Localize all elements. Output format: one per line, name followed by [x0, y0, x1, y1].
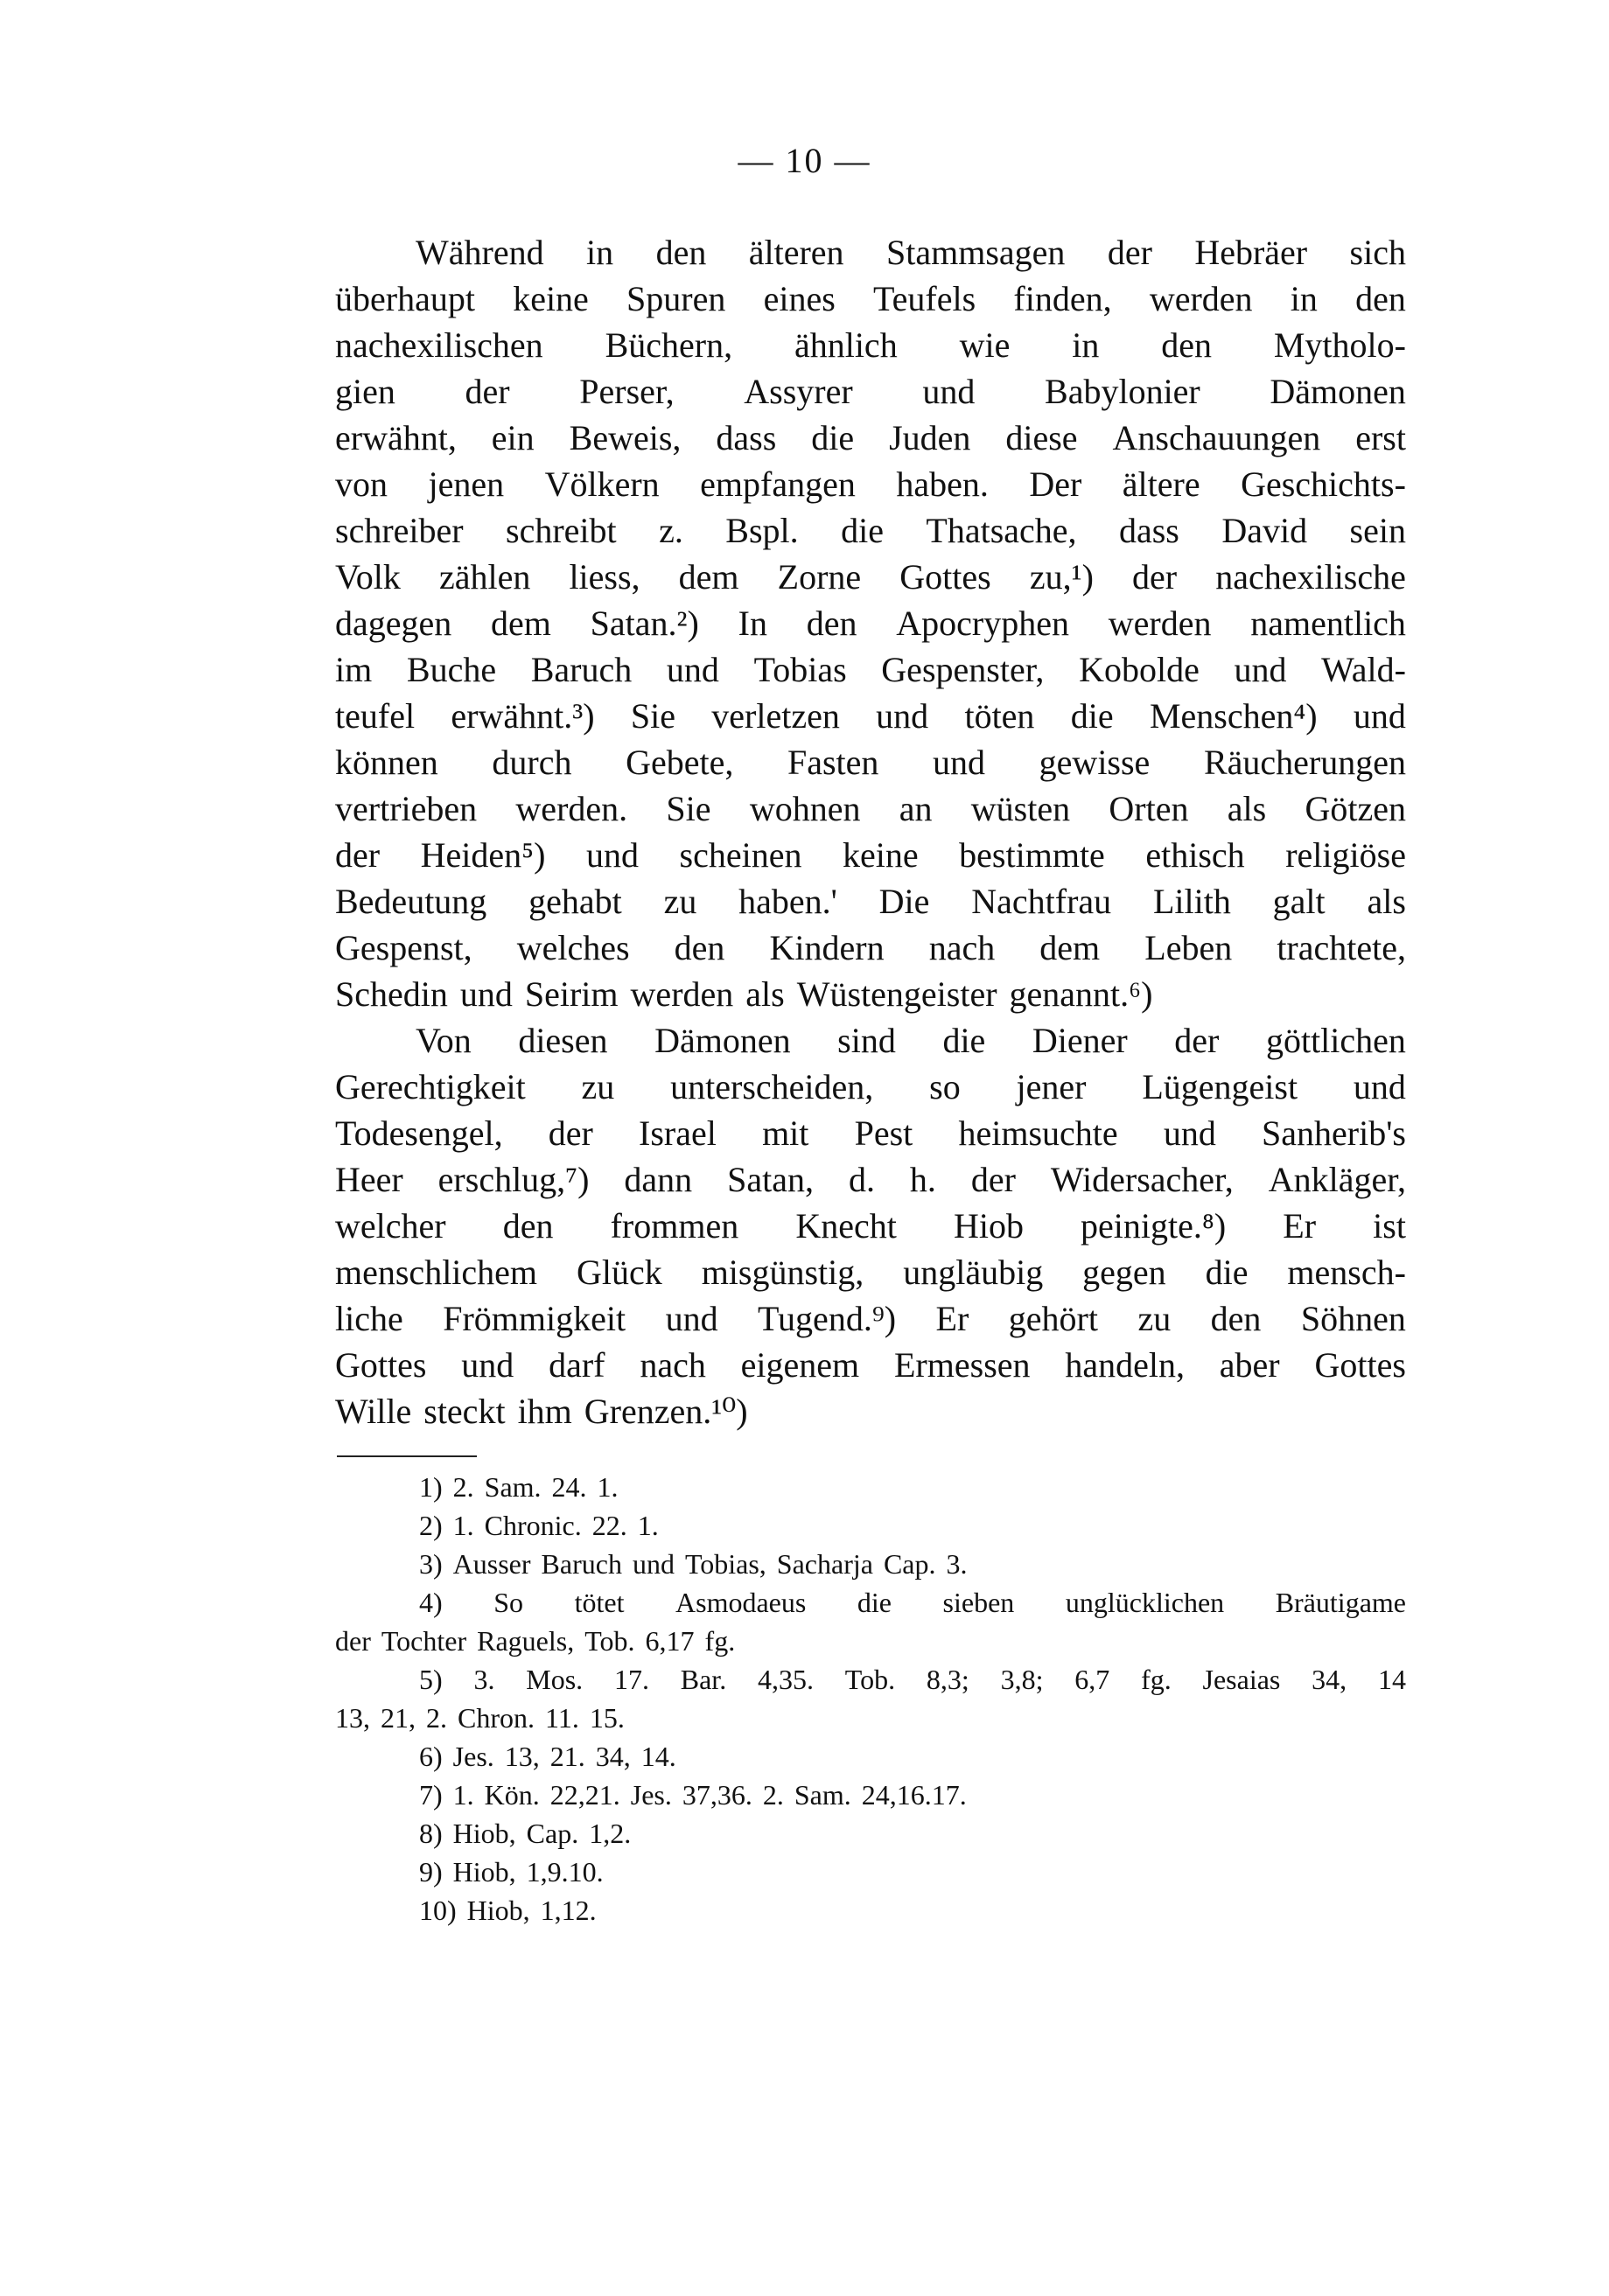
- word: in: [1291, 276, 1318, 322]
- footnote-word: 24.: [552, 1468, 587, 1506]
- word: und: [1235, 646, 1287, 693]
- footnote-word: sieben: [943, 1583, 1015, 1622]
- footnote-word: 2.: [426, 1699, 447, 1737]
- word: Kobolde: [1079, 646, 1200, 693]
- body-line: vonjenenVölkernempfangenhaben.DerältereG…: [335, 461, 1406, 507]
- footnote-word: 1,12.: [541, 1891, 597, 1930]
- body-line: Todesengel,derIsraelmitPestheimsuchteund…: [335, 1110, 1406, 1156]
- footnote-word: Bar.: [681, 1660, 726, 1699]
- word: Apocryphen: [896, 600, 1069, 646]
- word: der: [971, 1156, 1016, 1203]
- footnote-word: Asmodaeus: [675, 1583, 806, 1622]
- word: Juden: [889, 415, 970, 461]
- word: Volk: [335, 554, 401, 600]
- footnote-word: Sam.: [485, 1468, 542, 1506]
- footnote-marker: 4): [419, 1583, 443, 1622]
- footnote-item: 6)Jes.13,21.34,14.: [335, 1737, 1406, 1776]
- word: Schedin: [335, 971, 448, 1017]
- footnote-word: Cap.: [527, 1814, 579, 1853]
- footnote-word: 11.: [545, 1699, 579, 1737]
- word: empfangen: [700, 461, 856, 507]
- word: wüsten: [971, 785, 1070, 832]
- footnote-word: 13,: [335, 1699, 370, 1737]
- word: Dämonen: [1270, 368, 1406, 415]
- word: nach: [640, 1342, 706, 1388]
- word: gien: [335, 368, 395, 415]
- word: genannt.⁶): [1010, 971, 1153, 1017]
- word: haben.': [738, 878, 837, 925]
- footnote-separator-rule: [337, 1455, 477, 1457]
- word: Gottes: [335, 1342, 426, 1388]
- word: Bedeutung: [335, 878, 486, 925]
- word: Wald-: [1321, 646, 1406, 693]
- word: Gebete,: [626, 739, 733, 785]
- footnote-word: Jesaias: [1203, 1660, 1281, 1699]
- footnote-word: Sacharja: [777, 1545, 873, 1583]
- footnote-word: fg.: [1141, 1660, 1172, 1699]
- word: im: [335, 646, 372, 693]
- word: Ankläger,: [1269, 1156, 1406, 1203]
- body-line: könnendurchGebete,FastenundgewisseRäuche…: [335, 739, 1406, 785]
- word: und: [586, 832, 639, 878]
- word: nach: [929, 925, 996, 971]
- word: von: [335, 461, 388, 507]
- word: Gottes: [899, 554, 990, 600]
- footnote-word: Bräutigame: [1276, 1583, 1406, 1622]
- word: nachexilischen: [335, 322, 543, 368]
- word: Beweis,: [570, 415, 682, 461]
- word: und: [1164, 1110, 1216, 1156]
- footnote-word: 34,: [1312, 1660, 1347, 1699]
- word: Er: [1283, 1203, 1316, 1249]
- word: schreibt: [506, 507, 617, 554]
- word: misgünstig,: [702, 1249, 864, 1295]
- word: Babylonier: [1045, 368, 1200, 415]
- word: Söhnen: [1301, 1295, 1406, 1342]
- word: Von: [416, 1017, 472, 1064]
- word: Sie: [666, 785, 710, 832]
- word: den: [503, 1203, 554, 1249]
- word: jenen: [428, 461, 504, 507]
- word: wie: [960, 322, 1011, 368]
- word: Wüstengeister: [797, 971, 997, 1017]
- word: erwähnt,: [335, 415, 457, 461]
- word: Gottes: [1314, 1342, 1405, 1388]
- word: galt: [1273, 878, 1326, 925]
- word: aber: [1220, 1342, 1280, 1388]
- word: jener: [1017, 1064, 1087, 1110]
- word: scheinen: [680, 832, 802, 878]
- footnote-word: und: [633, 1545, 675, 1583]
- word: ältere: [1123, 461, 1200, 507]
- footnote-word: So: [493, 1583, 523, 1622]
- word: Sie: [631, 693, 675, 739]
- word: Perser,: [579, 368, 674, 415]
- word: religiöse: [1285, 832, 1406, 878]
- word: Thatsache,: [926, 507, 1076, 554]
- footnote-marker: 9): [419, 1853, 443, 1891]
- footnote-word: Raguels,: [477, 1622, 574, 1660]
- body-line: vertriebenwerden.SiewohnenanwüstenOrtena…: [335, 785, 1406, 832]
- word: älteren: [749, 229, 844, 276]
- word: die: [1071, 693, 1114, 739]
- body-line: welcherdenfrommenKnechtHiobpeinigte.⁸)Er…: [335, 1203, 1406, 1249]
- body-line: WillestecktihmGrenzen.¹⁰): [335, 1388, 1406, 1434]
- word: peinigte.⁸): [1081, 1203, 1226, 1249]
- body-line: derHeiden⁵)undscheinenkeinebestimmteethi…: [335, 832, 1406, 878]
- word: der: [549, 1110, 593, 1156]
- footnote-word: 21,: [381, 1699, 416, 1737]
- footnote-item: 4)SotötetAsmodaeusdiesiebenunglücklichen…: [335, 1583, 1406, 1622]
- body-line: schreiberschreibtz.Bspl.dieThatsache,das…: [335, 507, 1406, 554]
- word: Gespenst,: [335, 925, 472, 971]
- footnote-word: 1.: [638, 1506, 659, 1545]
- word: Menschen⁴): [1150, 693, 1318, 739]
- footnote-word: 1,2.: [589, 1814, 631, 1853]
- footnote-word: 17.: [614, 1660, 649, 1699]
- word: durch: [492, 739, 571, 785]
- word: der: [465, 368, 510, 415]
- footnote-marker: 3): [419, 1545, 443, 1583]
- word: z.: [659, 507, 683, 554]
- footnote-word: 3.: [947, 1545, 968, 1583]
- word: so: [929, 1064, 961, 1110]
- word: den: [1355, 276, 1406, 322]
- word: ungläubig: [903, 1249, 1043, 1295]
- footnote-word: 6,17: [646, 1622, 695, 1660]
- word: gehört: [1009, 1295, 1098, 1342]
- word: frommen: [611, 1203, 739, 1249]
- footnote-word: tötet: [575, 1583, 625, 1622]
- word: Völkern: [545, 461, 660, 507]
- body-line: gienderPerser,AssyrerundBabylonierDämone…: [335, 368, 1406, 415]
- word: Stammsagen: [886, 229, 1065, 276]
- word: werden.: [515, 785, 627, 832]
- word: Glück: [577, 1249, 662, 1295]
- body-line: Bedeutunggehabtzuhaben.'DieNachtfrauLili…: [335, 878, 1406, 925]
- word: gegen: [1082, 1249, 1166, 1295]
- word: sein: [1350, 507, 1406, 554]
- word: Lilith: [1153, 878, 1231, 925]
- word: dann: [624, 1156, 692, 1203]
- body-line: dagegendemSatan.²)IndenApocryphenwerdenn…: [335, 600, 1406, 646]
- body-line: Volkzählenliess,demZorneGotteszu,¹)derna…: [335, 554, 1406, 600]
- footnote-word: Sam.: [794, 1776, 851, 1814]
- footnote-word: Ausser: [453, 1545, 531, 1583]
- word: Heiden⁵): [421, 832, 546, 878]
- word: Anschauungen: [1113, 415, 1321, 461]
- word: dagegen: [335, 600, 451, 646]
- word: Hebräer: [1194, 229, 1307, 276]
- body-text: WährendindenälterenStammsagenderHebräers…: [335, 229, 1406, 1434]
- word: in: [586, 229, 613, 276]
- body-line: Gespenst,welchesdenKindernnachdemLebentr…: [335, 925, 1406, 971]
- word: Geschichts-: [1241, 461, 1406, 507]
- word: diese: [1005, 415, 1077, 461]
- word: Bspl.: [725, 507, 798, 554]
- footnote-word: 3,8;: [1001, 1660, 1044, 1699]
- footnote-word: Kön.: [485, 1776, 540, 1814]
- body-line: SchedinundSeirimwerdenalsWüstengeisterge…: [335, 971, 1406, 1017]
- footnote-word: 24,16.17.: [862, 1776, 967, 1814]
- body-line: teufelerwähnt.³)SieverletzenundtötendieM…: [335, 693, 1406, 739]
- word: den: [1161, 322, 1212, 368]
- body-line: VondiesenDämonensinddieDienerdergöttlich…: [335, 1017, 1406, 1064]
- word: nachexilische: [1215, 554, 1406, 600]
- footnote-marker: 1): [419, 1468, 443, 1506]
- footnote-item: 9)Hiob,1,9.10.: [335, 1853, 1406, 1891]
- footnote-item: 1)2.Sam.24.1.: [335, 1468, 1406, 1506]
- word: Diener: [1032, 1017, 1128, 1064]
- footnote-item: 7)1.Kön.22,21.Jes.37,36.2.Sam.24,16.17.: [335, 1776, 1406, 1814]
- word: heimsuchte: [958, 1110, 1117, 1156]
- footnote-word: 2.: [453, 1468, 474, 1506]
- footnote-word: Hiob,: [467, 1891, 530, 1930]
- body-line: nachexilischenBüchern,ähnlichwieindenMyt…: [335, 322, 1406, 368]
- word: steckt: [423, 1388, 505, 1434]
- body-line: menschlichemGlückmisgünstig,ungläubiggeg…: [335, 1249, 1406, 1295]
- footnote-word: unglücklichen: [1066, 1583, 1224, 1622]
- word: der: [1174, 1017, 1219, 1064]
- word: Assyrer: [744, 368, 852, 415]
- word: schreiber: [335, 507, 464, 554]
- word: welches: [517, 925, 630, 971]
- word: Götzen: [1305, 785, 1406, 832]
- body-line: GottesunddarfnacheigenemErmessenhandeln,…: [335, 1342, 1406, 1388]
- word: Grenzen.¹⁰): [584, 1388, 748, 1434]
- footnote-word: Cap.: [884, 1545, 936, 1583]
- word: mensch-: [1287, 1249, 1406, 1295]
- word: Tobias: [754, 646, 847, 693]
- word: überhaupt: [335, 276, 475, 322]
- word: gewisse: [1039, 739, 1151, 785]
- word: dem: [1039, 925, 1100, 971]
- word: Tugend.⁹): [758, 1295, 896, 1342]
- word: und: [922, 368, 975, 415]
- word: und: [460, 971, 513, 1017]
- word: namentlich: [1250, 600, 1406, 646]
- word: keine: [513, 276, 589, 322]
- word: den: [675, 925, 725, 971]
- word: Knecht: [795, 1203, 897, 1249]
- word: als: [745, 971, 784, 1017]
- word: sich: [1350, 229, 1406, 276]
- word: Zorne: [778, 554, 862, 600]
- word: Gerechtigkeit: [335, 1064, 526, 1110]
- word: Während: [416, 229, 544, 276]
- word: Ermessen: [894, 1342, 1031, 1388]
- word: werden: [631, 971, 734, 1017]
- word: Mytholo-: [1274, 322, 1406, 368]
- body-line: WährendindenälterenStammsagenderHebräers…: [335, 229, 1406, 276]
- word: töten: [964, 693, 1034, 739]
- footnote-word: 6,7: [1074, 1660, 1109, 1699]
- word: als: [1367, 878, 1405, 925]
- word: den: [656, 229, 707, 276]
- word: Wille: [335, 1388, 411, 1434]
- word: werden: [1109, 600, 1212, 646]
- word: als: [1228, 785, 1266, 832]
- footnote-word: 22.: [592, 1506, 627, 1545]
- word: ähnlich: [794, 322, 898, 368]
- word: und: [666, 1295, 718, 1342]
- word: dem: [679, 554, 739, 600]
- word: mit: [762, 1110, 808, 1156]
- word: Büchern,: [605, 322, 733, 368]
- word: Teufels: [873, 276, 976, 322]
- footnote-marker: 6): [419, 1737, 443, 1776]
- word: teufel: [335, 693, 415, 739]
- footnote-word: Chron.: [458, 1699, 535, 1737]
- word: ein: [492, 415, 535, 461]
- word: den: [1211, 1295, 1262, 1342]
- word: Seirim: [525, 971, 619, 1017]
- word: unterscheiden,: [670, 1064, 873, 1110]
- body-line: licheFrömmigkeitundTugend.⁹)Ergehörtzude…: [335, 1295, 1406, 1342]
- word: zu,¹): [1030, 554, 1094, 600]
- footnote-marker: 5): [419, 1660, 443, 1699]
- footnote-word: Tochter: [381, 1622, 466, 1660]
- body-line: erwähnt,einBeweis,dassdieJudendieseAnsch…: [335, 415, 1406, 461]
- word: Satan.²): [591, 600, 699, 646]
- body-line: imBucheBaruchundTobiasGespenster,Kobolde…: [335, 646, 1406, 693]
- word: dem: [491, 600, 551, 646]
- word: h.: [910, 1156, 936, 1203]
- footnote-word: 37,36.: [682, 1776, 752, 1814]
- word: der: [1108, 229, 1152, 276]
- word: Dämonen: [654, 1017, 791, 1064]
- footnote-item: 5)3.Mos.17.Bar.4,35.Tob.8,3;3,8;6,7fg.Je…: [335, 1660, 1406, 1699]
- footnote-word: 1.: [453, 1776, 474, 1814]
- word: Der: [1029, 461, 1081, 507]
- word: vertrieben: [335, 785, 477, 832]
- word: werden: [1150, 276, 1253, 322]
- footnote-word: Hiob,: [453, 1814, 516, 1853]
- footnote-word: Hiob,: [453, 1853, 516, 1891]
- footnote-word: Tob.: [584, 1622, 634, 1660]
- footnote-word: 1.: [453, 1506, 474, 1545]
- word: welcher: [335, 1203, 446, 1249]
- footnote-item: 2)1.Chronic.22.1.: [335, 1506, 1406, 1545]
- footnote-word: 14.: [641, 1737, 676, 1776]
- footnote-word: Tobias,: [685, 1545, 766, 1583]
- word: göttlichen: [1266, 1017, 1406, 1064]
- footnote-word: Jes.: [453, 1737, 494, 1776]
- word: Spuren: [626, 276, 725, 322]
- word: Fasten: [787, 739, 878, 785]
- word: verletzen: [711, 693, 840, 739]
- body-line: Heererschlug,⁷)dannSatan,d.h.derWidersac…: [335, 1156, 1406, 1203]
- footnote-word: 8,3;: [927, 1660, 969, 1699]
- word: ethisch: [1145, 832, 1244, 878]
- footnote-item: 10)Hiob,1,12.: [335, 1891, 1406, 1930]
- footnote-marker: 7): [419, 1776, 443, 1814]
- word: in: [1072, 322, 1099, 368]
- word: Buche: [407, 646, 496, 693]
- word: die: [1206, 1249, 1249, 1295]
- footnote-item: 3)AusserBaruchundTobias,SacharjaCap.3.: [335, 1545, 1406, 1583]
- footnote-word: 1,9.10.: [527, 1853, 604, 1891]
- footnote-word: Tob.: [845, 1660, 895, 1699]
- word: erwähnt.³): [451, 693, 594, 739]
- footnote-word: der: [335, 1622, 371, 1660]
- word: gehabt: [528, 878, 622, 925]
- footnote-item: 8)Hiob,Cap.1,2.: [335, 1814, 1406, 1853]
- word: zu: [582, 1064, 615, 1110]
- footnote-word: 3.: [473, 1660, 494, 1699]
- word: Widersacher,: [1051, 1156, 1234, 1203]
- word: d.: [849, 1156, 875, 1203]
- word: Satan,: [727, 1156, 814, 1203]
- word: Israel: [639, 1110, 717, 1156]
- footnote-continuation: 13,21,2.Chron.11.15.: [335, 1699, 1406, 1737]
- word: David: [1221, 507, 1307, 554]
- word: menschlichem: [335, 1249, 537, 1295]
- word: Er: [936, 1295, 969, 1342]
- word: die: [942, 1017, 985, 1064]
- word: bestimmte: [959, 832, 1105, 878]
- word: finden,: [1013, 276, 1111, 322]
- word: Leben: [1144, 925, 1232, 971]
- word: sind: [837, 1017, 896, 1064]
- word: erst: [1355, 415, 1406, 461]
- word: liche: [335, 1295, 403, 1342]
- word: dass: [1119, 507, 1179, 554]
- body-line: Gerechtigkeitzuunterscheiden,sojenerLüge…: [335, 1064, 1406, 1110]
- word: ihm: [518, 1388, 572, 1434]
- footnote-continuation: derTochterRaguels,Tob.6,17fg.: [335, 1622, 1406, 1660]
- word: Hiob: [954, 1203, 1024, 1249]
- word: und: [876, 693, 928, 739]
- footnote-word: Chronic.: [485, 1506, 582, 1545]
- footnote-word: 34,: [596, 1737, 631, 1776]
- word: Lügengeist: [1142, 1064, 1298, 1110]
- footnote-word: 4,35.: [758, 1660, 814, 1699]
- word: Gespenster,: [881, 646, 1044, 693]
- word: können: [335, 739, 438, 785]
- word: der: [1132, 554, 1177, 600]
- word: Räucherungen: [1204, 739, 1406, 785]
- footnote-marker: 8): [419, 1814, 443, 1853]
- word: diesen: [518, 1017, 607, 1064]
- footnote-word: Baruch: [542, 1545, 622, 1583]
- word: und: [461, 1342, 514, 1388]
- footnote-word: Mos.: [526, 1660, 583, 1699]
- word: und: [933, 739, 985, 785]
- word: an: [899, 785, 933, 832]
- body-line: überhauptkeineSpureneinesTeufelsfinden,w…: [335, 276, 1406, 322]
- word: darf: [549, 1342, 605, 1388]
- word: die: [811, 415, 854, 461]
- word: eines: [764, 276, 836, 322]
- word: Sanherib's: [1262, 1110, 1406, 1156]
- footnote-word: 21.: [550, 1737, 585, 1776]
- word: und: [1354, 693, 1406, 739]
- word: Frömmigkeit: [443, 1295, 626, 1342]
- word: die: [841, 507, 884, 554]
- footnote-word: 13,: [505, 1737, 540, 1776]
- word: zu: [664, 878, 697, 925]
- word: Die: [879, 878, 930, 925]
- word: Nachtfrau: [971, 878, 1111, 925]
- word: ist: [1373, 1203, 1406, 1249]
- footnotes: 1)2.Sam.24.1.2)1.Chronic.22.1.3)AusserBa…: [335, 1468, 1406, 1930]
- footnote-word: Jes.: [631, 1776, 672, 1814]
- word: handeln,: [1065, 1342, 1185, 1388]
- footnote-marker: 10): [419, 1891, 457, 1930]
- footnote-word: 2.: [763, 1776, 784, 1814]
- word: In: [738, 600, 767, 646]
